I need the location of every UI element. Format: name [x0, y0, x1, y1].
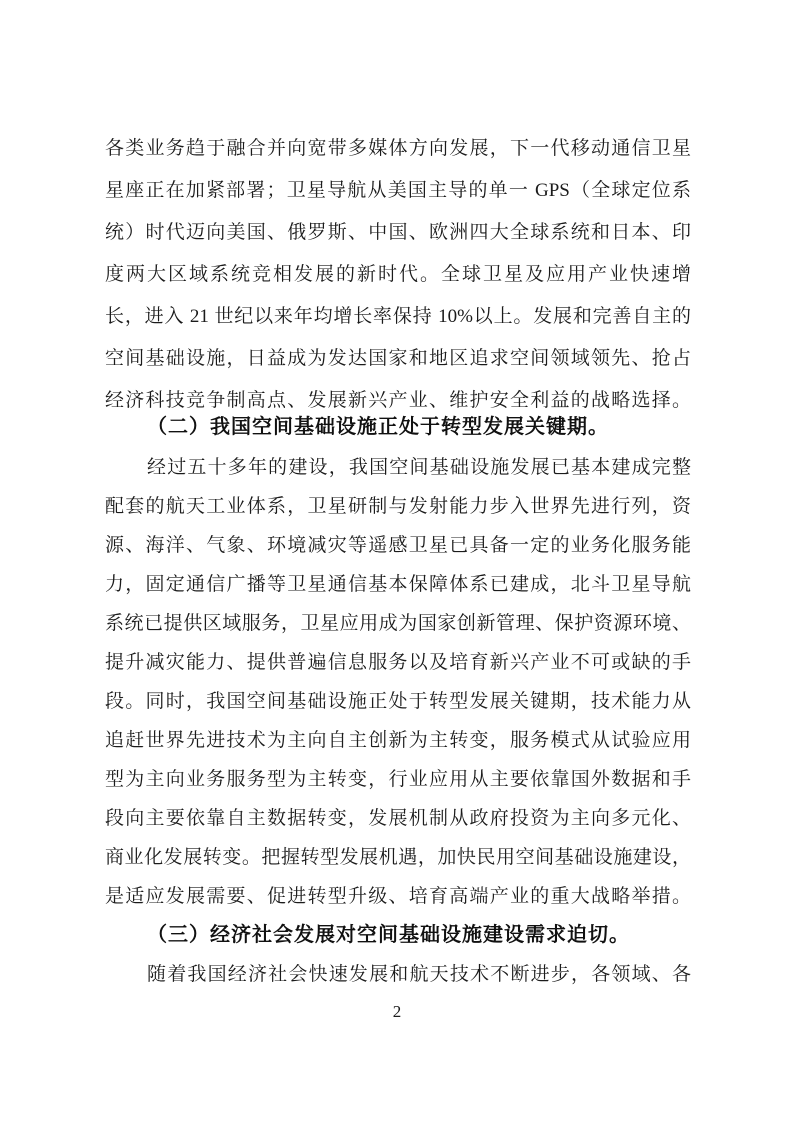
text-line: 系统已提供区域服务，卫星应用成为国家创新管理、保护资源环境、	[105, 604, 691, 643]
text-line: 是适应发展需要、促进转型升级、培育高端产业的重大战略举措。	[105, 877, 691, 916]
text-line: 星座正在加紧部署；卫星导航从美国主导的单一 GPS（全球定位系	[105, 170, 691, 212]
paragraph-body: 经过五十多年的建设，我国空间基础设施发展已基本建成完整 配套的航天工业体系，卫星…	[105, 448, 691, 916]
section-heading-3: （三）经济社会发展对空间基础设施建设需求迫切。	[105, 920, 691, 950]
text-line: 度两大区域系统竞相发展的新时代。全球卫星及应用产业快速增	[105, 254, 691, 296]
text-line: 型为主向业务服务型为主转变，行业应用从主要依靠国外数据和手	[105, 760, 691, 799]
text-line: 经过五十多年的建设，我国空间基础设施发展已基本建成完整	[105, 448, 691, 487]
document-page: 各类业务趋于融合并向宽带多媒体方向发展，下一代移动通信卫星 星座正在加紧部署；卫…	[0, 0, 794, 1123]
text-line: 长，进入 21 世纪以来年均增长率保持 10%以上。发展和完善自主的	[105, 296, 691, 338]
text-line: 商业化发展转变。把握转型发展机遇，加快民用空间基础设施建设，	[105, 838, 691, 877]
text-line: 统）时代迈向美国、俄罗斯、中国、欧洲四大全球系统和日本、印	[105, 212, 691, 254]
paragraph-continuation: 各类业务趋于融合并向宽带多媒体方向发展，下一代移动通信卫星 星座正在加紧部署；卫…	[105, 128, 691, 422]
text-line: 源、海洋、气象、环境减灾等遥感卫星已具备一定的业务化服务能	[105, 526, 691, 565]
paragraph-start: 随着我国经济社会快速发展和航天技术不断进步，各领域、各	[105, 955, 691, 994]
text-line: 随着我国经济社会快速发展和航天技术不断进步，各领域、各	[105, 955, 691, 994]
text-line: 追赶世界先进技术为主向自主创新为主转变，服务模式从试验应用	[105, 721, 691, 760]
page-number: 2	[0, 1000, 794, 1024]
text-line: 力，固定通信广播等卫星通信基本保障体系已建成，北斗卫星导航	[105, 565, 691, 604]
text-line: 段。同时，我国空间基础设施正处于转型发展关键期，技术能力从	[105, 682, 691, 721]
text-line: 空间基础设施，日益成为发达国家和地区追求空间领域领先、抢占	[105, 338, 691, 380]
text-line: 提升减灾能力、提供普遍信息服务以及培育新兴产业不可或缺的手	[105, 643, 691, 682]
text-line: 配套的航天工业体系，卫星研制与发射能力步入世界先进行列，资	[105, 487, 691, 526]
text-line: 段向主要依靠自主数据转变，发展机制从政府投资为主向多元化、	[105, 799, 691, 838]
section-heading-2: （二）我国空间基础设施正处于转型发展关键期。	[105, 412, 691, 442]
text-line: 各类业务趋于融合并向宽带多媒体方向发展，下一代移动通信卫星	[105, 128, 691, 170]
